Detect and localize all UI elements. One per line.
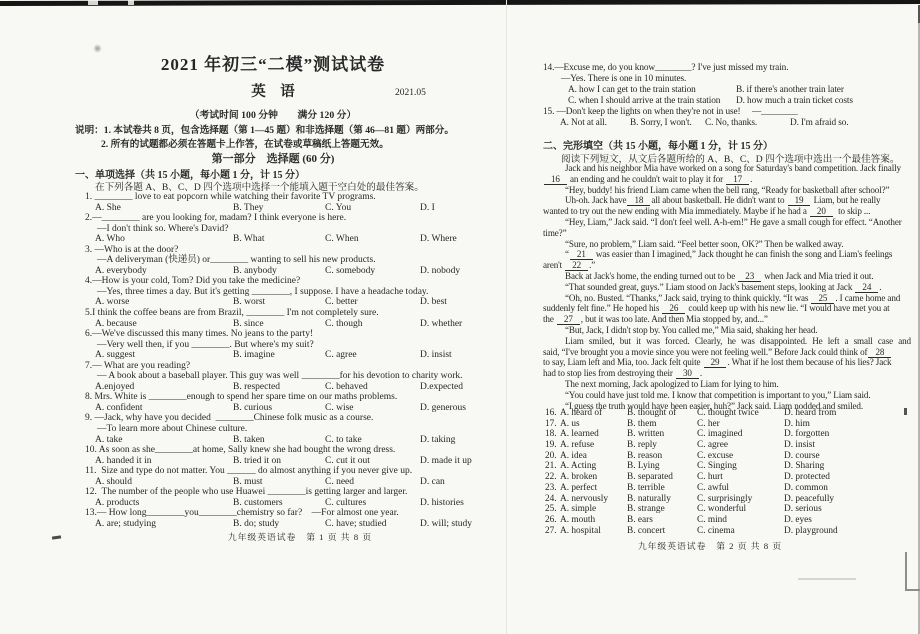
question-stem-line: 14.—Excuse me, do you know________? I've… <box>543 63 909 74</box>
option-row: 22.A. brokenB. separatedC. hurtD. protec… <box>543 472 909 483</box>
section1-instruction: 在下列各题 A、B、C、D 四个选项中选择一个能填入题干空白处的最佳答案。 <box>95 179 424 193</box>
option-label: A. should <box>95 477 132 488</box>
question-stem-line: 7.— What are you reading? <box>85 361 479 372</box>
question-stem-line: 12. The number of the people who use Hua… <box>85 487 479 498</box>
option-label: C. mind <box>697 515 727 526</box>
option-label: C. hurt <box>697 472 723 483</box>
option-label: A. confident <box>95 403 143 414</box>
option-label: D. will; study <box>420 519 472 530</box>
page-title: 2021 年初三“二模”测试试卷 <box>57 50 489 75</box>
passage-line: the 27, but it was too late. And then Mi… <box>543 314 909 325</box>
option-label: A. She <box>95 203 121 214</box>
page-corner-mark <box>905 589 920 591</box>
question-stem-line: 3. —Who is at the door? <box>85 245 479 256</box>
passage-line: said, “I've brought you a movie since yo… <box>543 347 909 358</box>
option-label: B. naturally <box>627 494 671 505</box>
question-stem-line: 10. As soon as she________at home, Sally… <box>85 445 479 456</box>
option-label: B. taken <box>233 435 265 446</box>
cloze-blank: 24 <box>855 282 878 293</box>
scan-speck <box>52 535 61 539</box>
option-label: A. broken <box>560 472 597 483</box>
question-stem-line: 8. Mrs. White is ________enough to spend… <box>85 392 479 403</box>
option-label: B. respected <box>233 382 280 393</box>
option-row: A. worseB. worstC. betterD. best <box>85 297 479 308</box>
passage-line: “But, Jack, I didn't stop by. You called… <box>543 325 909 336</box>
question-stem-line: —I don't think so. Where's David? <box>85 224 479 235</box>
option-label: A. us <box>560 419 580 430</box>
cloze-blank: 18 <box>627 195 650 206</box>
option-label: D. best <box>420 297 447 308</box>
passage-line: “That sounded great, guys.” Liam stood o… <box>543 282 909 293</box>
passage-line: The next morning, Jack apologized to Lia… <box>543 379 909 390</box>
scan-edge-gap <box>128 0 134 5</box>
question-stem-line: 5.I think the coffee beans are from Braz… <box>85 308 479 319</box>
option-label: B. reason <box>627 451 662 462</box>
option-label: A. mouth <box>560 515 595 526</box>
option-label: D. forgotten <box>784 429 829 440</box>
option-label: B. anybody <box>233 266 277 277</box>
exam-info: （考试时间 100 分钟 满分 120 分） <box>57 107 489 121</box>
option-label: B. Lying <box>627 461 660 472</box>
question-stem-line: 1. ________ love to eat popcorn while wa… <box>85 192 479 203</box>
option-label: B. Sorry, I won't. <box>630 118 692 129</box>
option-label: A. products <box>95 498 139 509</box>
option-row: A. shouldB. mustC. needD. can <box>85 477 479 488</box>
passage-line: “Hey, Liam,” Jack said. “I don't feel we… <box>543 217 909 228</box>
option-label: B. What <box>233 234 265 245</box>
option-label: A. idea <box>560 451 587 462</box>
option-label: D.expected <box>420 382 463 393</box>
scan-edge-top <box>0 0 920 6</box>
question-list-page1: 1. ________ love to eat popcorn while wa… <box>85 192 479 530</box>
option-row: 23.A. perfectB. terribleC. awfulD. commo… <box>543 483 909 494</box>
option-label: C. though <box>325 319 362 330</box>
option-label: C. to take <box>325 435 362 446</box>
option-label: B. since <box>233 319 264 330</box>
option-row: A.enjoyedB. respectedC. behavedD.expecte… <box>85 382 479 393</box>
option-label: C. cultures <box>325 498 366 509</box>
question-stem-line: 9. —Jack, why have you decided ________C… <box>85 413 479 424</box>
option-row: A. are; studyingB. do; studyC. have; stu… <box>85 519 479 530</box>
option-label: D. nobody <box>420 266 460 277</box>
cloze-blank: 28 <box>868 347 891 358</box>
page1-footer: 九年级英语试卷 第 1 页 共 8 页 <box>90 530 510 543</box>
cloze-blank: 17 <box>726 174 749 185</box>
option-label: C. agree <box>697 440 728 451</box>
option-label: D. common <box>784 483 828 494</box>
option-label: 24. <box>545 494 557 505</box>
option-label: D. I <box>420 203 435 214</box>
passage-line: “Sure, no problem,” Liam said. “Feel bet… <box>543 239 909 250</box>
option-label: C. somebody <box>325 266 375 277</box>
option-label: D. made it up <box>420 456 472 467</box>
option-label: B. ears <box>627 515 653 526</box>
question-stem-line: —A deliveryman (快递员) or________ wanting … <box>85 255 479 266</box>
option-label: D. whether <box>420 319 462 330</box>
question-stem-line: 15. —Don't keep the lights on when they'… <box>543 107 909 118</box>
option-label: 21. <box>545 461 557 472</box>
option-label: B. terrible <box>627 483 665 494</box>
cloze-blank: 26 <box>662 303 685 314</box>
option-label: A. how I can get to the train station <box>568 85 696 96</box>
option-label: 18. <box>545 429 557 440</box>
option-label: A. suggest <box>95 350 135 361</box>
passage-line: “Oh, no. Busted. “Thanks,” Jack said, tr… <box>543 293 909 304</box>
option-label: D. I'm afraid so. <box>790 118 849 129</box>
question-stem-line: —Yes, three times a day. But it's gettin… <box>85 287 479 298</box>
option-label: C. cinema <box>697 526 735 537</box>
cloze-blank: 27 <box>557 314 580 325</box>
option-label: C. imagined <box>697 429 742 440</box>
passage-line: suddenly felt fine.” He hoped his 26 cou… <box>543 303 909 314</box>
option-label: C. excuse <box>697 451 733 462</box>
scan-edge-gap <box>88 0 98 5</box>
exam-date: 2021.05 <box>395 88 426 98</box>
option-label: B. written <box>627 429 664 440</box>
passage-line: “You could have just told me. I know tha… <box>543 390 909 401</box>
option-label: B. reply <box>627 440 657 451</box>
option-label: C. wise <box>325 403 354 414</box>
question-stem-line: —To learn more about Chinese culture. <box>85 424 479 435</box>
option-label: A.enjoyed <box>95 382 134 393</box>
option-label: C. You <box>325 203 351 214</box>
question-stem-line: 4.—How is your cold, Tom? Did you take t… <box>85 276 479 287</box>
option-label: 16. <box>545 408 557 419</box>
option-row: A. everybodyB. anybodyC. somebodyD. nobo… <box>85 266 479 277</box>
option-label: D. heard from <box>784 408 836 419</box>
option-label: 19. <box>545 440 557 451</box>
option-row: 24.A. nervouslyB. naturallyC. surprising… <box>543 494 909 505</box>
option-row: A. Not at all.B. Sorry, I won't.C. No, t… <box>543 118 909 129</box>
option-label: D. taking <box>420 435 455 446</box>
option-label: D. Sharing <box>784 461 824 472</box>
option-label: C. need <box>325 477 354 488</box>
option-label: C. her <box>697 419 720 430</box>
question-stem-line: —Yes. There is one in 10 minutes. <box>543 74 909 85</box>
option-label: C. surprisingly <box>697 494 752 505</box>
passage-line: Liam smiled, but it was forced. Clearly,… <box>543 336 909 347</box>
option-label: D. him <box>784 419 810 430</box>
option-row: A. takeB. takenC. to takeD. taking <box>85 435 479 446</box>
option-label: B. They <box>233 203 263 214</box>
passage-line: 16 an ending and he couldn't wait to pla… <box>543 174 909 185</box>
option-label: 27. <box>545 526 557 537</box>
cloze-blank: 22 <box>565 260 588 271</box>
option-label: C. cut it out <box>325 456 370 467</box>
option-label: A. hospital <box>560 526 601 537</box>
option-row: 20.A. ideaB. reasonC. excuseD. course <box>543 451 909 462</box>
option-row: 25.A. simpleB. strangeC. wonderfulD. ser… <box>543 504 909 515</box>
option-row: 16.A. heard ofB. thought ofC. thought tw… <box>543 408 909 419</box>
question-stem-line: 6.—We've discussed this many times. No j… <box>85 329 479 340</box>
option-label: 17. <box>545 419 557 430</box>
passage-line: “Hey, buddy! his friend Liam came when t… <box>543 185 909 196</box>
cloze-blank: 23 <box>738 271 761 282</box>
questions-14-15: 14.—Excuse me, do you know________? I've… <box>543 63 909 129</box>
option-label: A. everybody <box>95 266 147 277</box>
option-label: A. because <box>95 319 137 330</box>
option-label: C. have; studied <box>325 519 386 530</box>
option-label: D. serious <box>784 504 822 515</box>
option-row: A. handed it inB. tried it onC. cut it o… <box>85 456 479 467</box>
option-row: C. when I should arrive at the train sta… <box>543 96 909 107</box>
option-label: B. concert <box>627 526 665 537</box>
option-label: A. Not at all. <box>560 118 607 129</box>
passage-line: to say, Liam left and Mia, too. Jack fel… <box>543 357 909 368</box>
option-row: 19.A. refuseB. replyC. agreeD. insist <box>543 440 909 451</box>
passage-line: had to stop lies from destroying their 3… <box>543 368 909 379</box>
cloze-blank: 19 <box>788 195 811 206</box>
option-label: A. learned <box>560 429 599 440</box>
option-label: B. imagine <box>233 350 275 361</box>
option-label: A. nervously <box>560 494 608 505</box>
option-label: A. handed it in <box>95 456 151 467</box>
option-row: 26.A. mouthB. earsC. mindD. eyes <box>543 515 909 526</box>
question-stem-line: 13.— How long________you________chemistr… <box>85 508 479 519</box>
option-label: D. insist <box>784 440 815 451</box>
exam-note-2: 2. 所有的试题都必须在答题卡上作答，在试卷或草稿纸上答题无效。 <box>101 136 389 150</box>
cloze-blank: 21 <box>570 249 593 260</box>
option-label: B. thought of <box>627 408 676 419</box>
option-label: B. tried it on <box>233 456 281 467</box>
option-label: 22. <box>545 472 557 483</box>
option-label: C. agree <box>325 350 357 361</box>
option-label: B. if there's another train later <box>736 85 844 96</box>
cloze-option-list: 16.A. heard ofB. thought ofC. thought tw… <box>543 408 909 536</box>
cloze-blank: 20 <box>810 206 833 217</box>
option-row: 17.A. usB. themC. herD. him <box>543 419 909 430</box>
question-stem-line: 2.—________ are you looking for, madam? … <box>85 213 479 224</box>
option-label: A. refuse <box>560 440 594 451</box>
part-heading: 第一部分 选择题 (60 分) <box>57 150 489 166</box>
option-label: A. perfect <box>560 483 597 494</box>
passage-line: aren't 22.” <box>543 260 909 271</box>
option-label: A. are; studying <box>95 519 156 530</box>
option-label: D. histories <box>420 498 464 509</box>
option-label: A. take <box>95 435 122 446</box>
question-stem-line: 11. Size and type do not matter. You ___… <box>85 466 479 477</box>
option-label: C. when I should arrive at the train sta… <box>568 96 720 107</box>
scan-smudge <box>798 578 856 580</box>
option-label: A. heard of <box>560 408 602 419</box>
passage-line: Back at Jack's home, the ending turned o… <box>543 271 909 282</box>
option-label: B. them <box>627 419 656 430</box>
option-label: A. worse <box>95 297 129 308</box>
option-row: 18.A. learnedB. writtenC. imaginedD. for… <box>543 429 909 440</box>
option-label: D. playground <box>784 526 838 537</box>
option-label: A. Who <box>95 234 125 245</box>
option-label: B. separated <box>627 472 673 483</box>
option-label: B. do; study <box>233 519 279 530</box>
option-label: B. curious <box>233 403 272 414</box>
option-label: C. wonderful <box>697 504 746 515</box>
option-label: B. worst <box>233 297 265 308</box>
option-label: C. behaved <box>325 382 368 393</box>
passage-line: wanted to try out the new ending with Mi… <box>543 206 909 217</box>
exam-note-1: 说明：1. 本试卷共 8 页，包含选择题（第 1—45 题）和非选择题（第 46… <box>75 122 454 136</box>
option-label: D. protected <box>784 472 830 483</box>
question-stem-line: — A book about a baseball player. This g… <box>85 371 479 382</box>
passage-line: Uh-oh. Jack have18all about basketball. … <box>543 195 909 206</box>
option-label: D. generous <box>420 403 466 414</box>
page2-footer: 九年级英语试卷 第 2 页 共 8 页 <box>560 539 860 552</box>
cloze-blank: 30 <box>676 368 699 379</box>
option-label: C. better <box>325 297 358 308</box>
option-label: D. eyes <box>784 515 812 526</box>
option-label: A. simple <box>560 504 596 515</box>
option-row: A. suggestB. imagineC. agreeD. insist <box>85 350 479 361</box>
option-label: C. thought twice <box>697 408 759 419</box>
option-row: 21.A. ActingB. LyingC. SingingD. Sharing <box>543 461 909 472</box>
option-label: D. how much a train ticket costs <box>736 96 853 107</box>
option-row: A. WhoB. WhatC. WhenD. Where <box>85 234 479 245</box>
option-label: B. must <box>233 477 263 488</box>
option-label: C. No, thanks. <box>705 118 757 129</box>
cloze-passage: Jack and his neighbor Mia have worked on… <box>543 163 909 411</box>
option-row: A. becauseB. sinceC. thoughD. whether <box>85 319 479 330</box>
cloze-blank: 25 <box>811 293 834 304</box>
option-label: D. can <box>420 477 445 488</box>
option-row: 27.A. hospitalB. concertC. cinemaD. play… <box>543 526 909 537</box>
passage-line: time?” <box>543 228 909 239</box>
passage-line: Jack and his neighbor Mia have worked on… <box>543 163 909 174</box>
option-label: D. insist <box>420 350 452 361</box>
option-row: A. productsB. customersC. culturesD. his… <box>85 498 479 509</box>
question-stem-line: —Very well then, if you ________. But wh… <box>85 340 479 351</box>
option-label: 26. <box>545 515 557 526</box>
option-row: A. SheB. TheyC. YouD. I <box>85 203 479 214</box>
option-label: 25. <box>545 504 557 515</box>
cloze-blank: 16 <box>544 174 567 185</box>
option-label: D. course <box>784 451 820 462</box>
option-label: B. strange <box>627 504 665 515</box>
option-label: D. peacefully <box>784 494 834 505</box>
option-label: C. Singing <box>697 461 737 472</box>
option-row: A. confidentB. curiousC. wiseD. generous <box>85 403 479 414</box>
option-label: A. Acting <box>560 461 596 472</box>
option-label: 20. <box>545 451 557 462</box>
option-label: D. Where <box>420 234 457 245</box>
option-label: C. When <box>325 234 359 245</box>
option-label: 23. <box>545 483 557 494</box>
option-label: C. awful <box>697 483 729 494</box>
passage-line: “21 was easier than I imagined,” Jack th… <box>543 249 909 260</box>
option-label: B. customers <box>233 498 283 509</box>
cloze-blank: 29 <box>704 357 727 368</box>
page-corner-mark <box>905 552 907 590</box>
option-row: A. how I can get to the train stationB. … <box>543 85 909 96</box>
